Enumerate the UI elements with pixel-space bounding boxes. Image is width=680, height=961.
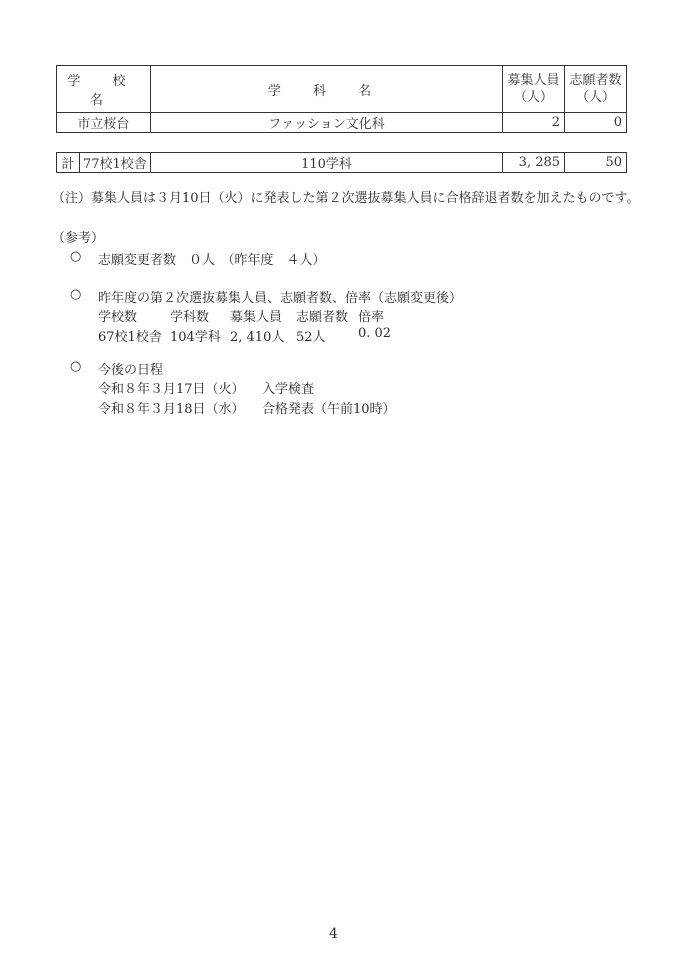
ly-header-departments: 学科数 <box>170 306 209 325</box>
cell-applicants: 0 <box>565 113 627 133</box>
ly-header-recruit: 募集人員 <box>230 306 282 325</box>
header-school-name: 学 校 名 <box>57 66 151 113</box>
total-departments: 110学科 <box>150 153 502 173</box>
applicant-unit: （人） <box>565 89 626 106</box>
total-label: 計 <box>57 153 80 173</box>
reference-item-1: ○ 志願変更者数 ０人 （昨年度 ４人） <box>52 248 652 268</box>
main-table: 学 校 名 学 科 名 募集人員 （人） 志願者数 （人） 市立桜台 ファッショ… <box>56 65 627 133</box>
reference-heading: （参考） <box>52 230 652 248</box>
note-text: （注）募集人員は３月10日（火）に発表した第２次選抜募集人員に合格辞退者数を加え… <box>52 190 640 208</box>
bullet-circle-icon: ○ <box>70 359 81 374</box>
total-table: 計 77校1校舎 110学科 3, 285 50 <box>56 152 627 173</box>
page-number: 4 <box>329 926 338 942</box>
ly-value-departments: 104学科 <box>170 326 221 345</box>
change-count-text: 志願変更者数 ０人 （昨年度 ４人） <box>98 249 326 268</box>
ly-header-applicants: 志願者数 <box>296 306 348 325</box>
recruit-unit: （人） <box>503 89 564 106</box>
cell-school: 市立桜台 <box>57 113 151 133</box>
reference-item-2: ○ 昨年度の第２次選抜募集人員、志願者数、倍率（志願変更後） <box>52 286 652 306</box>
ly-value-recruit: 2, 410人 <box>230 326 284 345</box>
schedule-date: 令和８年３月17日（火） <box>98 378 245 397</box>
header-applicant-count: 志願者数 （人） <box>565 66 627 113</box>
ly-value-ratio: 0. 02 <box>358 326 391 341</box>
recruit-label: 募集人員 <box>503 72 564 89</box>
cell-recruit: 2 <box>503 113 565 133</box>
schedule-event: 合格発表（午前10時） <box>262 398 396 417</box>
reference-section: （参考） ○ 志願変更者数 ０人 （昨年度 ４人） ○ 昨年度の第２次選抜募集人… <box>52 230 652 418</box>
bullet-circle-icon: ○ <box>70 249 81 264</box>
schedule-date: 令和８年３月18日（水） <box>98 398 245 417</box>
last-year-values-row: 67校1校舎 104学科 2, 410人 52人 0. 02 <box>52 326 652 346</box>
table-header-row: 学 校 名 学 科 名 募集人員 （人） 志願者数 （人） <box>57 66 627 113</box>
reference-item-3: ○ 今後の日程 <box>52 358 652 378</box>
schedule-row: 令和８年３月18日（水） 合格発表（午前10時） <box>52 398 652 418</box>
ly-header-ratio: 倍率 <box>358 306 384 325</box>
total-recruit: 3, 285 <box>503 153 565 173</box>
table-row: 市立桜台 ファッション文化科 2 0 <box>57 113 627 133</box>
ly-value-schools: 67校1校舎 <box>98 326 162 345</box>
applicant-label: 志願者数 <box>565 72 626 89</box>
header-recruit-count: 募集人員 （人） <box>503 66 565 113</box>
schedule-heading: 今後の日程 <box>98 359 163 378</box>
schedule-event: 入学検査 <box>262 378 314 397</box>
ly-header-schools: 学校数 <box>98 306 137 325</box>
bullet-circle-icon: ○ <box>70 287 81 302</box>
header-department-name: 学 科 名 <box>150 66 502 113</box>
total-row: 計 77校1校舎 110学科 3, 285 50 <box>57 153 627 173</box>
total-schools: 77校1校舎 <box>79 153 150 173</box>
total-applicants: 50 <box>565 153 627 173</box>
cell-department: ファッション文化科 <box>150 113 502 133</box>
last-year-header-row: 学校数 学科数 募集人員 志願者数 倍率 <box>52 306 652 326</box>
last-year-heading: 昨年度の第２次選抜募集人員、志願者数、倍率（志願変更後） <box>98 287 462 306</box>
schedule-row: 令和８年３月17日（火） 入学検査 <box>52 378 652 398</box>
ly-value-applicants: 52人 <box>296 326 326 345</box>
